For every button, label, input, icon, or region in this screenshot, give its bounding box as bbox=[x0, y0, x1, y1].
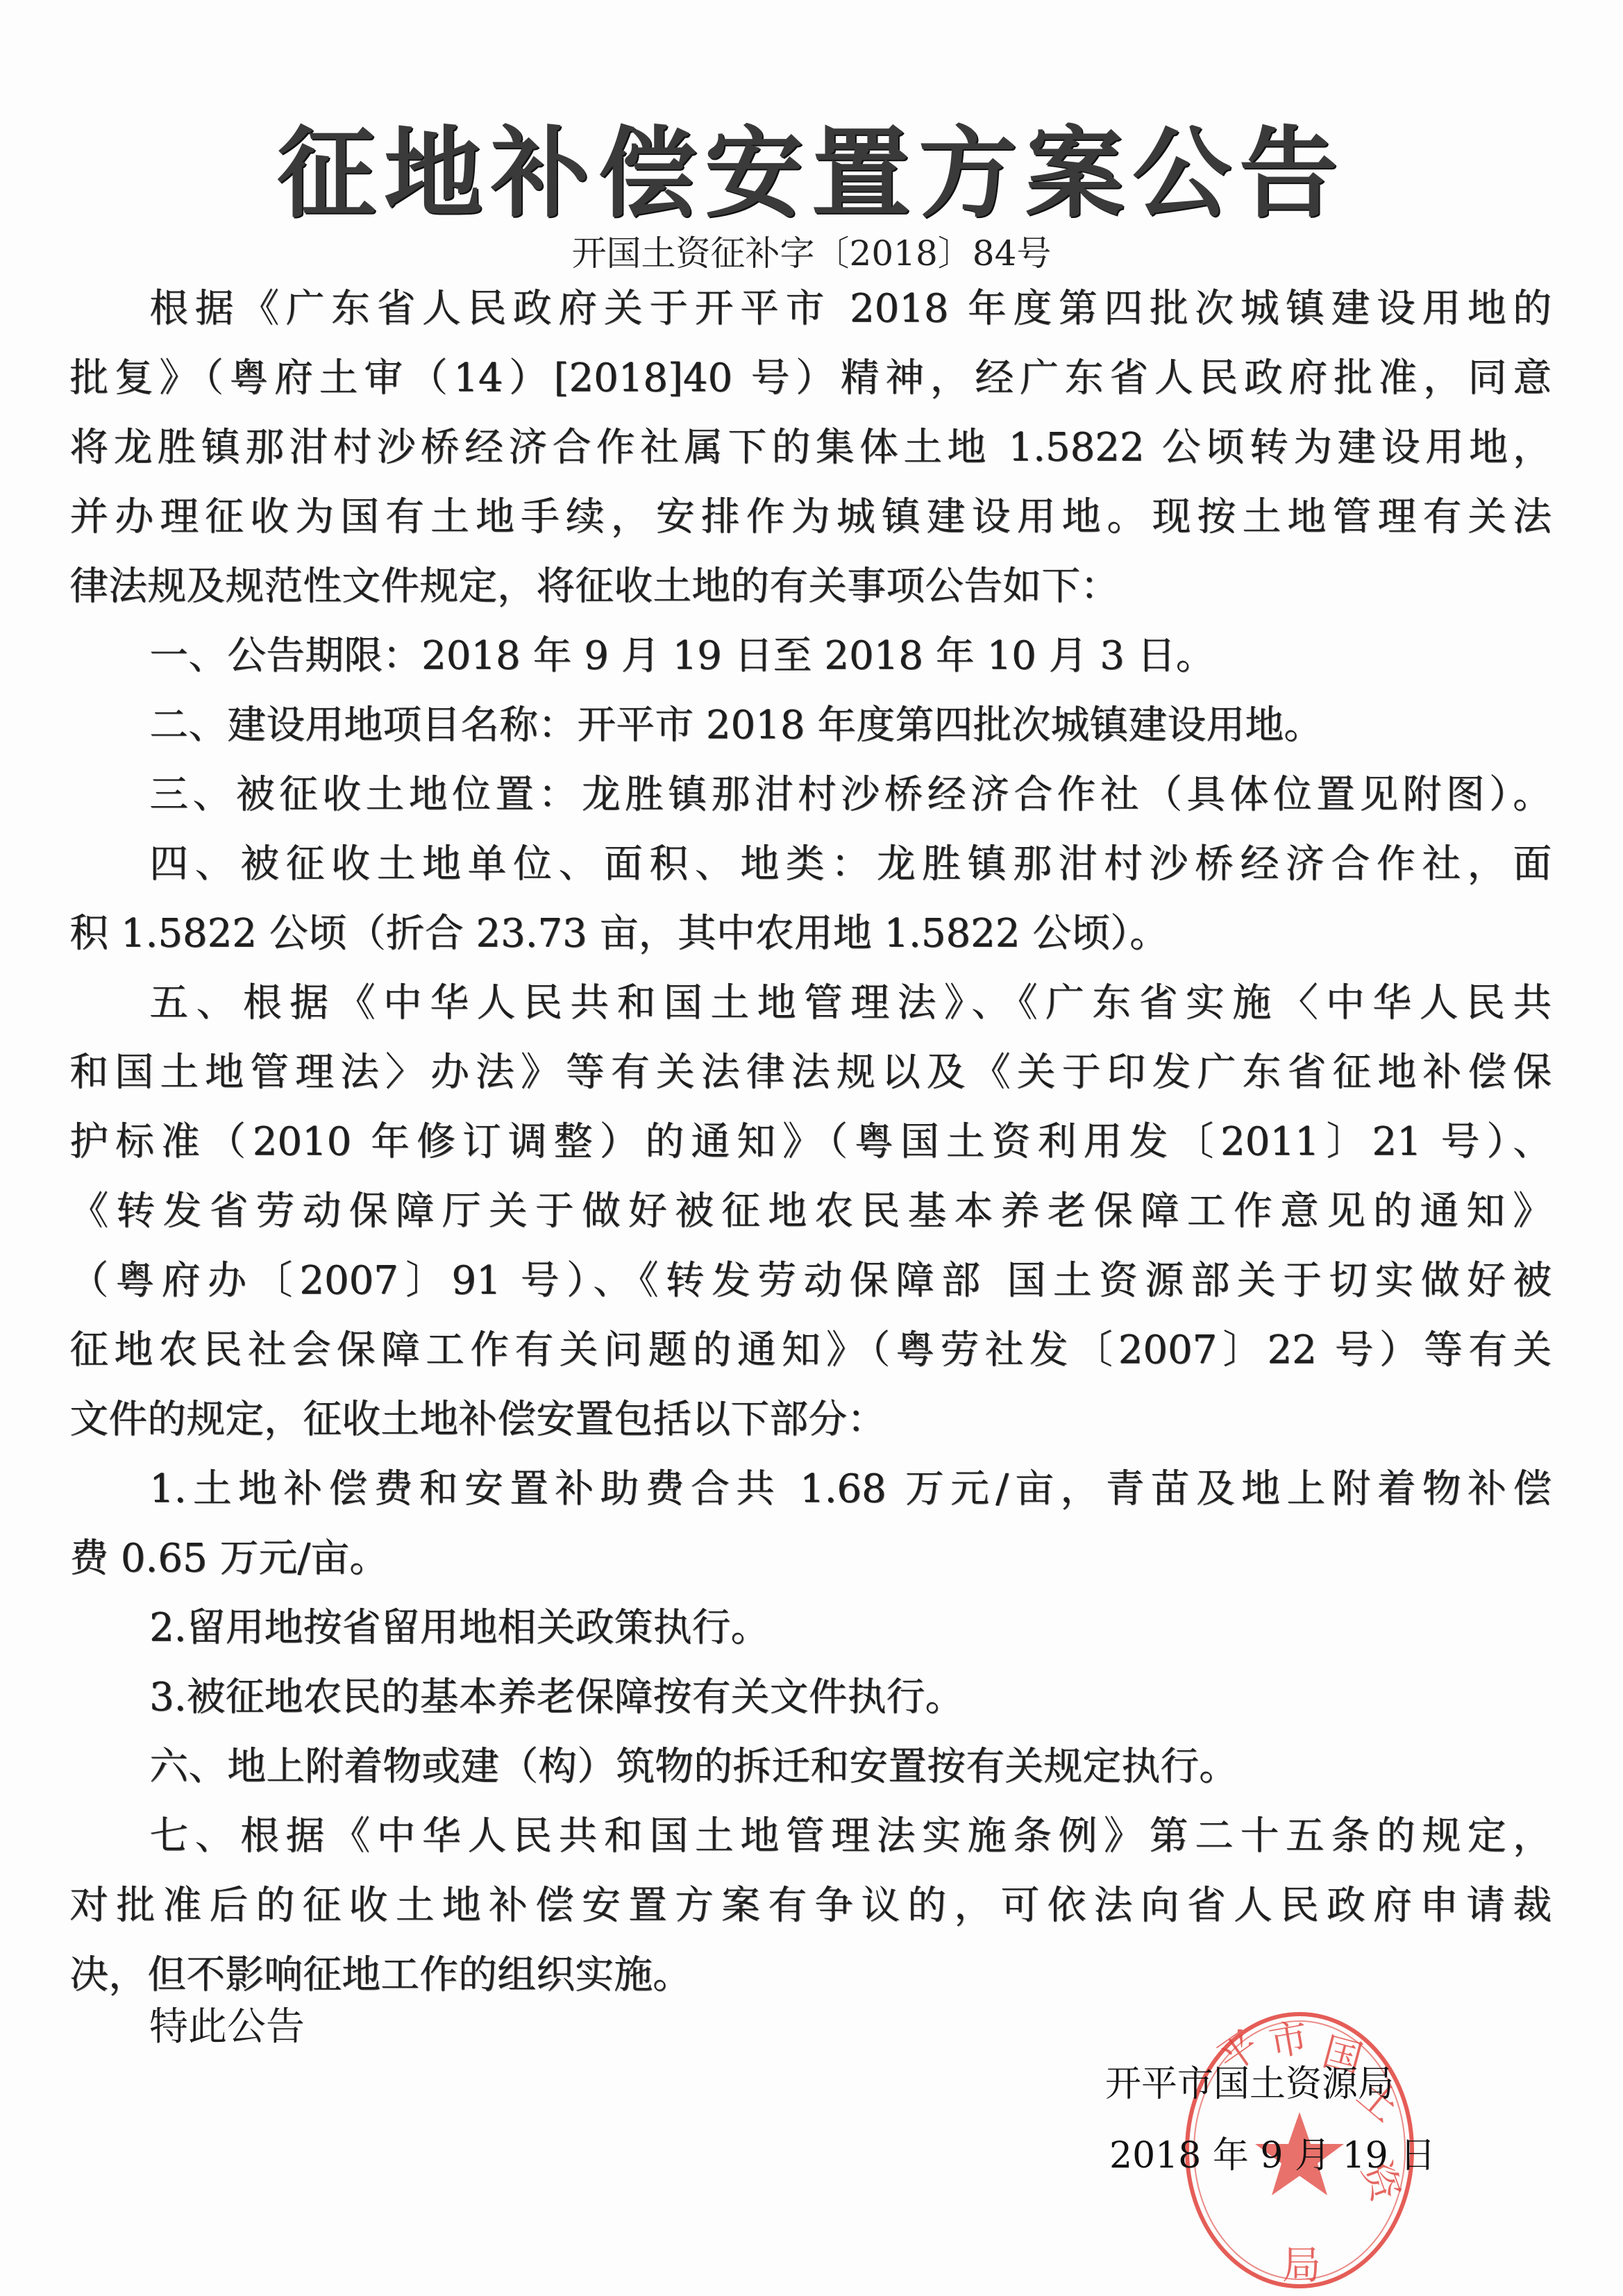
svg-text:市: 市 bbox=[1265, 2015, 1311, 2066]
body-line: 批复》（粤府土审（14）[2018]40 号）精神，经广东省人民政府批准，同意 bbox=[69, 354, 1551, 403]
issue-date: 2018 年 9 月 19 日 bbox=[1109, 2134, 1436, 2178]
body-line: 根据《广东省人民政府关于开平市 2018 年度第四批次城镇建设用地的 bbox=[149, 285, 1551, 333]
item-seven-dispute: 七、根据《中华人民共和国土地管理法实施条例》第二十五条的规定， bbox=[149, 1812, 1551, 1861]
item-three-land-location: 三、被征收土地位置：龙胜镇那泔村沙桥经济合作社（具体位置见附图）。 bbox=[149, 771, 1551, 819]
sub-item-compensation-fees: 1.土地补偿费和安置补助费合共 1.68 万元/亩，青苗及地上附着物补偿 bbox=[149, 1465, 1551, 1514]
document-number: 开国土资征补字〔2018〕84号 bbox=[0, 233, 1623, 274]
body-line: 对批准后的征收土地补偿安置方案有争议的，可依法向省人民政府申请裁 bbox=[69, 1882, 1551, 1930]
issuing-organization: 开平市国土资源局 bbox=[1105, 2062, 1394, 2106]
sub-item-pension: 3.被征地农民的基本养老保障按有关文件执行。 bbox=[149, 1673, 964, 1722]
svg-text:局: 局 bbox=[1282, 2243, 1321, 2288]
body-line: 将龙胜镇那泔村沙桥经济合作社属下的集体土地 1.5822 公顷转为建设用地， bbox=[69, 424, 1551, 472]
body-line: 征地农民社会保障工作有关问题的通知》（粤劳社发〔2007〕22 号）等有关 bbox=[69, 1326, 1551, 1375]
sub-item-reserved-land: 2.留用地按省留用地相关政策执行。 bbox=[149, 1604, 769, 1652]
body-line: （粤府办〔2007〕91 号）、《转发劳动保障部 国土资源部关于切实做好被 bbox=[69, 1257, 1551, 1305]
body-line: 决，但不影响征地工作的组织实施。 bbox=[69, 1951, 691, 2000]
body-line: 文件的规定，征收土地补偿安置包括以下部分： bbox=[69, 1396, 886, 1444]
item-one-notice-period: 一、公告期限：2018 年 9 月 19 日至 2018 年 10 月 3 日。 bbox=[149, 632, 1215, 680]
body-line: 积 1.5822 公顷（折合 23.73 亩，其中农用地 1.5822 公顷）。 bbox=[69, 910, 1168, 958]
body-line: 《转发省劳动保障厅关于做好被征地农民基本养老保障工作意见的通知》 bbox=[69, 1187, 1551, 1236]
body-line: 和国土地管理法〉办法》等有关法律法规以及《关于印发广东省征地补偿保 bbox=[69, 1048, 1551, 1097]
body-line: 律法规及规范性文件规定，将征收土地的有关事项公告如下： bbox=[69, 562, 1119, 611]
item-five-legal-basis: 五、根据《中华人民共和国土地管理法》、《广东省实施〈中华人民共 bbox=[149, 979, 1551, 1028]
body-line: 并办理征收为国有土地手续，安排作为城镇建设用地。现按土地管理有关法 bbox=[69, 493, 1551, 542]
body-line: 护标准（2010 年修订调整）的通知》（粤国土资利用发〔2011〕21 号）、 bbox=[69, 1118, 1551, 1166]
item-two-project-name: 二、建设用地项目名称：开平市 2018 年度第四批次城镇建设用地。 bbox=[149, 701, 1322, 750]
body-line: 费 0.65 万元/亩。 bbox=[69, 1534, 388, 1583]
document-title: 征地补偿安置方案公告 bbox=[0, 118, 1623, 229]
item-four-land-unit: 四、被征收土地单位、面积、地类：龙胜镇那泔村沙桥经济合作社，面 bbox=[149, 840, 1551, 889]
closing-phrase: 特此公告 bbox=[149, 2003, 305, 2052]
item-six-demolition: 六、地上附着物或建（构）筑物的拆迁和安置按有关规定执行。 bbox=[149, 1743, 1238, 1791]
